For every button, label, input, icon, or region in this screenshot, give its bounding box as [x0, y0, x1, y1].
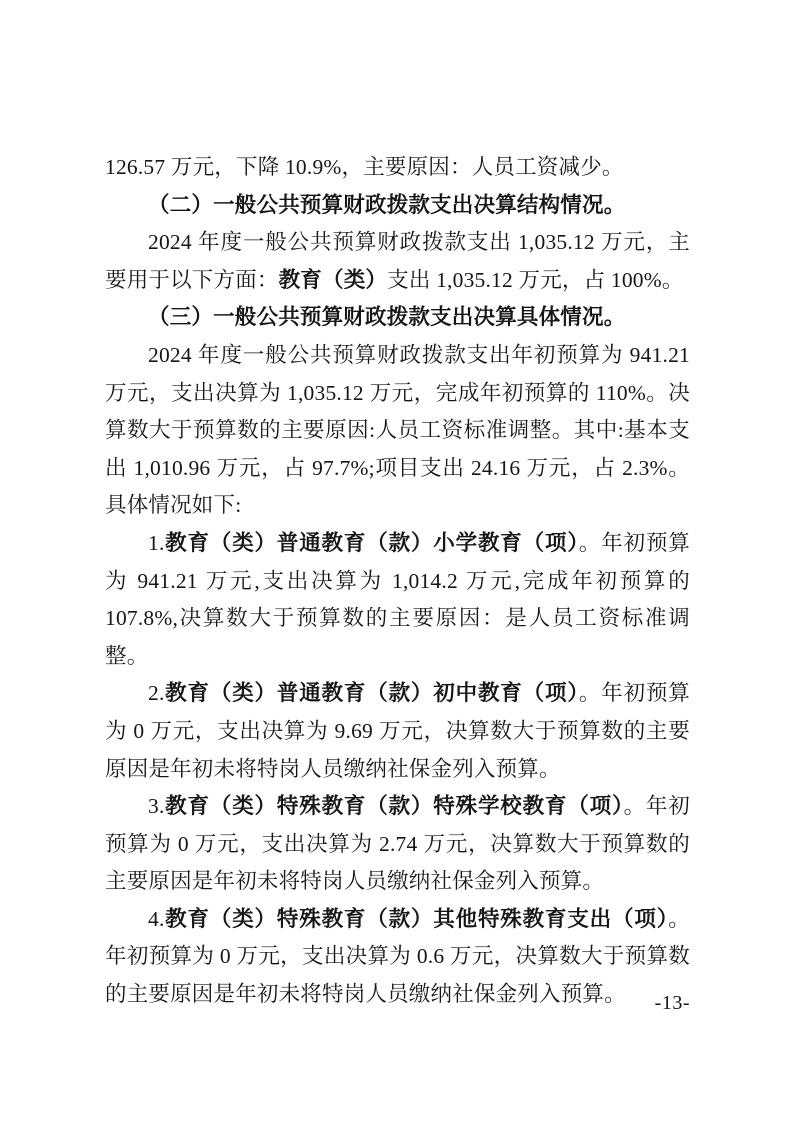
item-number: 1.: [148, 531, 165, 555]
item-title-bold: 教育（类）普通教育（款）小学教育（项）: [165, 531, 579, 555]
document-page: 126.57 万元，下降 10.9%，主要原因：人员工资减少。 （二）一般公共预…: [0, 0, 793, 1122]
item-number: 3.: [148, 794, 165, 818]
item-title-bold: 教育（类）特殊教育（款）特殊学校教育（项）: [165, 794, 624, 818]
item-number: 4.: [148, 907, 165, 931]
text-run: 支出 1,035.12 万元，占 100%。: [387, 268, 683, 292]
list-item-3: 3.教育（类）特殊教育（款）特殊学校教育（项）。年初预算为 0 万元，支出决算为…: [105, 788, 690, 901]
paragraph-continuation: 126.57 万元，下降 10.9%，主要原因：人员工资减少。: [105, 149, 690, 187]
item-title-bold: 教育（类）特殊教育（款）其他特殊教育支出（项）: [165, 907, 669, 931]
list-item-2: 2.教育（类）普通教育（款）初中教育（项）。年初预算为 0 万元，支出决算为 9…: [105, 675, 690, 788]
list-item-1: 1.教育（类）普通教育（款）小学教育（项）。年初预算为 941.21 万元,支出…: [105, 525, 690, 675]
section-heading-3: （三）一般公共预算财政拨款支出决算具体情况。: [105, 299, 690, 337]
text-run: 126.57 万元，下降 10.9%，主要原因：人员工资减少。: [105, 155, 624, 179]
text-run: 2024 年度一般公共预算财政拨款支出年初预算为 941.21 万元，支出决算为…: [105, 343, 690, 517]
item-title-bold: 教育（类）普通教育（款）初中教育（项）: [165, 681, 579, 705]
section-heading-2: （二）一般公共预算财政拨款支出决算结构情况。: [105, 187, 690, 225]
paragraph-structure-overview: 2024 年度一般公共预算财政拨款支出 1,035.12 万元，主要用于以下方面…: [105, 224, 690, 299]
text-run-bold: 教育（类）: [279, 268, 388, 292]
heading-text: （二）一般公共预算财政拨款支出决算结构情况。: [148, 193, 625, 217]
item-number: 2.: [148, 681, 165, 705]
document-body: 126.57 万元，下降 10.9%，主要原因：人员工资减少。 （二）一般公共预…: [105, 149, 690, 1014]
heading-text: （三）一般公共预算财政拨款支出决算具体情况。: [148, 305, 625, 329]
paragraph-detail-overview: 2024 年度一般公共预算财政拨款支出年初预算为 941.21 万元，支出决算为…: [105, 337, 690, 525]
page-number: -13-: [105, 991, 690, 1015]
